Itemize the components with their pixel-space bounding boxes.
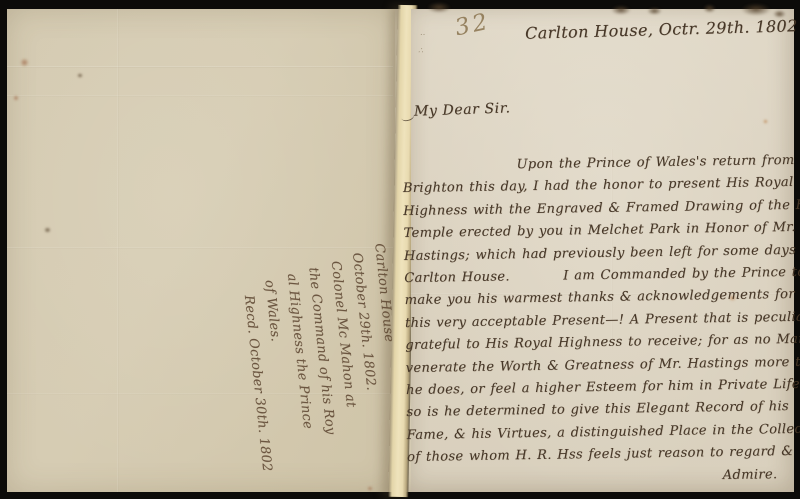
letter-body: Upon the Prince of Wales's return fromBr… <box>402 150 793 492</box>
docket-endorsement: Carlton HouseOctober 29th. 1802.Colonel … <box>232 242 410 457</box>
foxing-spot <box>611 5 631 15</box>
foxing-spot <box>647 7 662 15</box>
pencil-mark: ∴ <box>418 46 423 55</box>
foxing-spot <box>703 4 716 13</box>
foxing-spot <box>427 2 451 13</box>
foxing-spot <box>44 227 51 233</box>
foxing-spot <box>77 73 83 78</box>
letter-sheet: Carlton HouseOctober 29th. 1802.Colonel … <box>7 9 794 492</box>
pencil-mark: ‥ <box>420 28 425 37</box>
salutation: My Dear Sir. <box>414 100 511 119</box>
foxing-spot <box>741 3 771 16</box>
crease-line <box>117 9 119 492</box>
foxing-spot <box>13 95 19 101</box>
foxing-spot <box>367 486 373 491</box>
foxing-spot <box>763 119 768 124</box>
scanned-letter-image: Carlton HouseOctober 29th. 1802.Colonel … <box>0 0 800 499</box>
letter-back-page: Carlton HouseOctober 29th. 1802.Colonel … <box>7 9 395 492</box>
crease-line <box>7 66 393 68</box>
foxing-spot <box>20 58 29 67</box>
crease-line <box>7 95 393 97</box>
